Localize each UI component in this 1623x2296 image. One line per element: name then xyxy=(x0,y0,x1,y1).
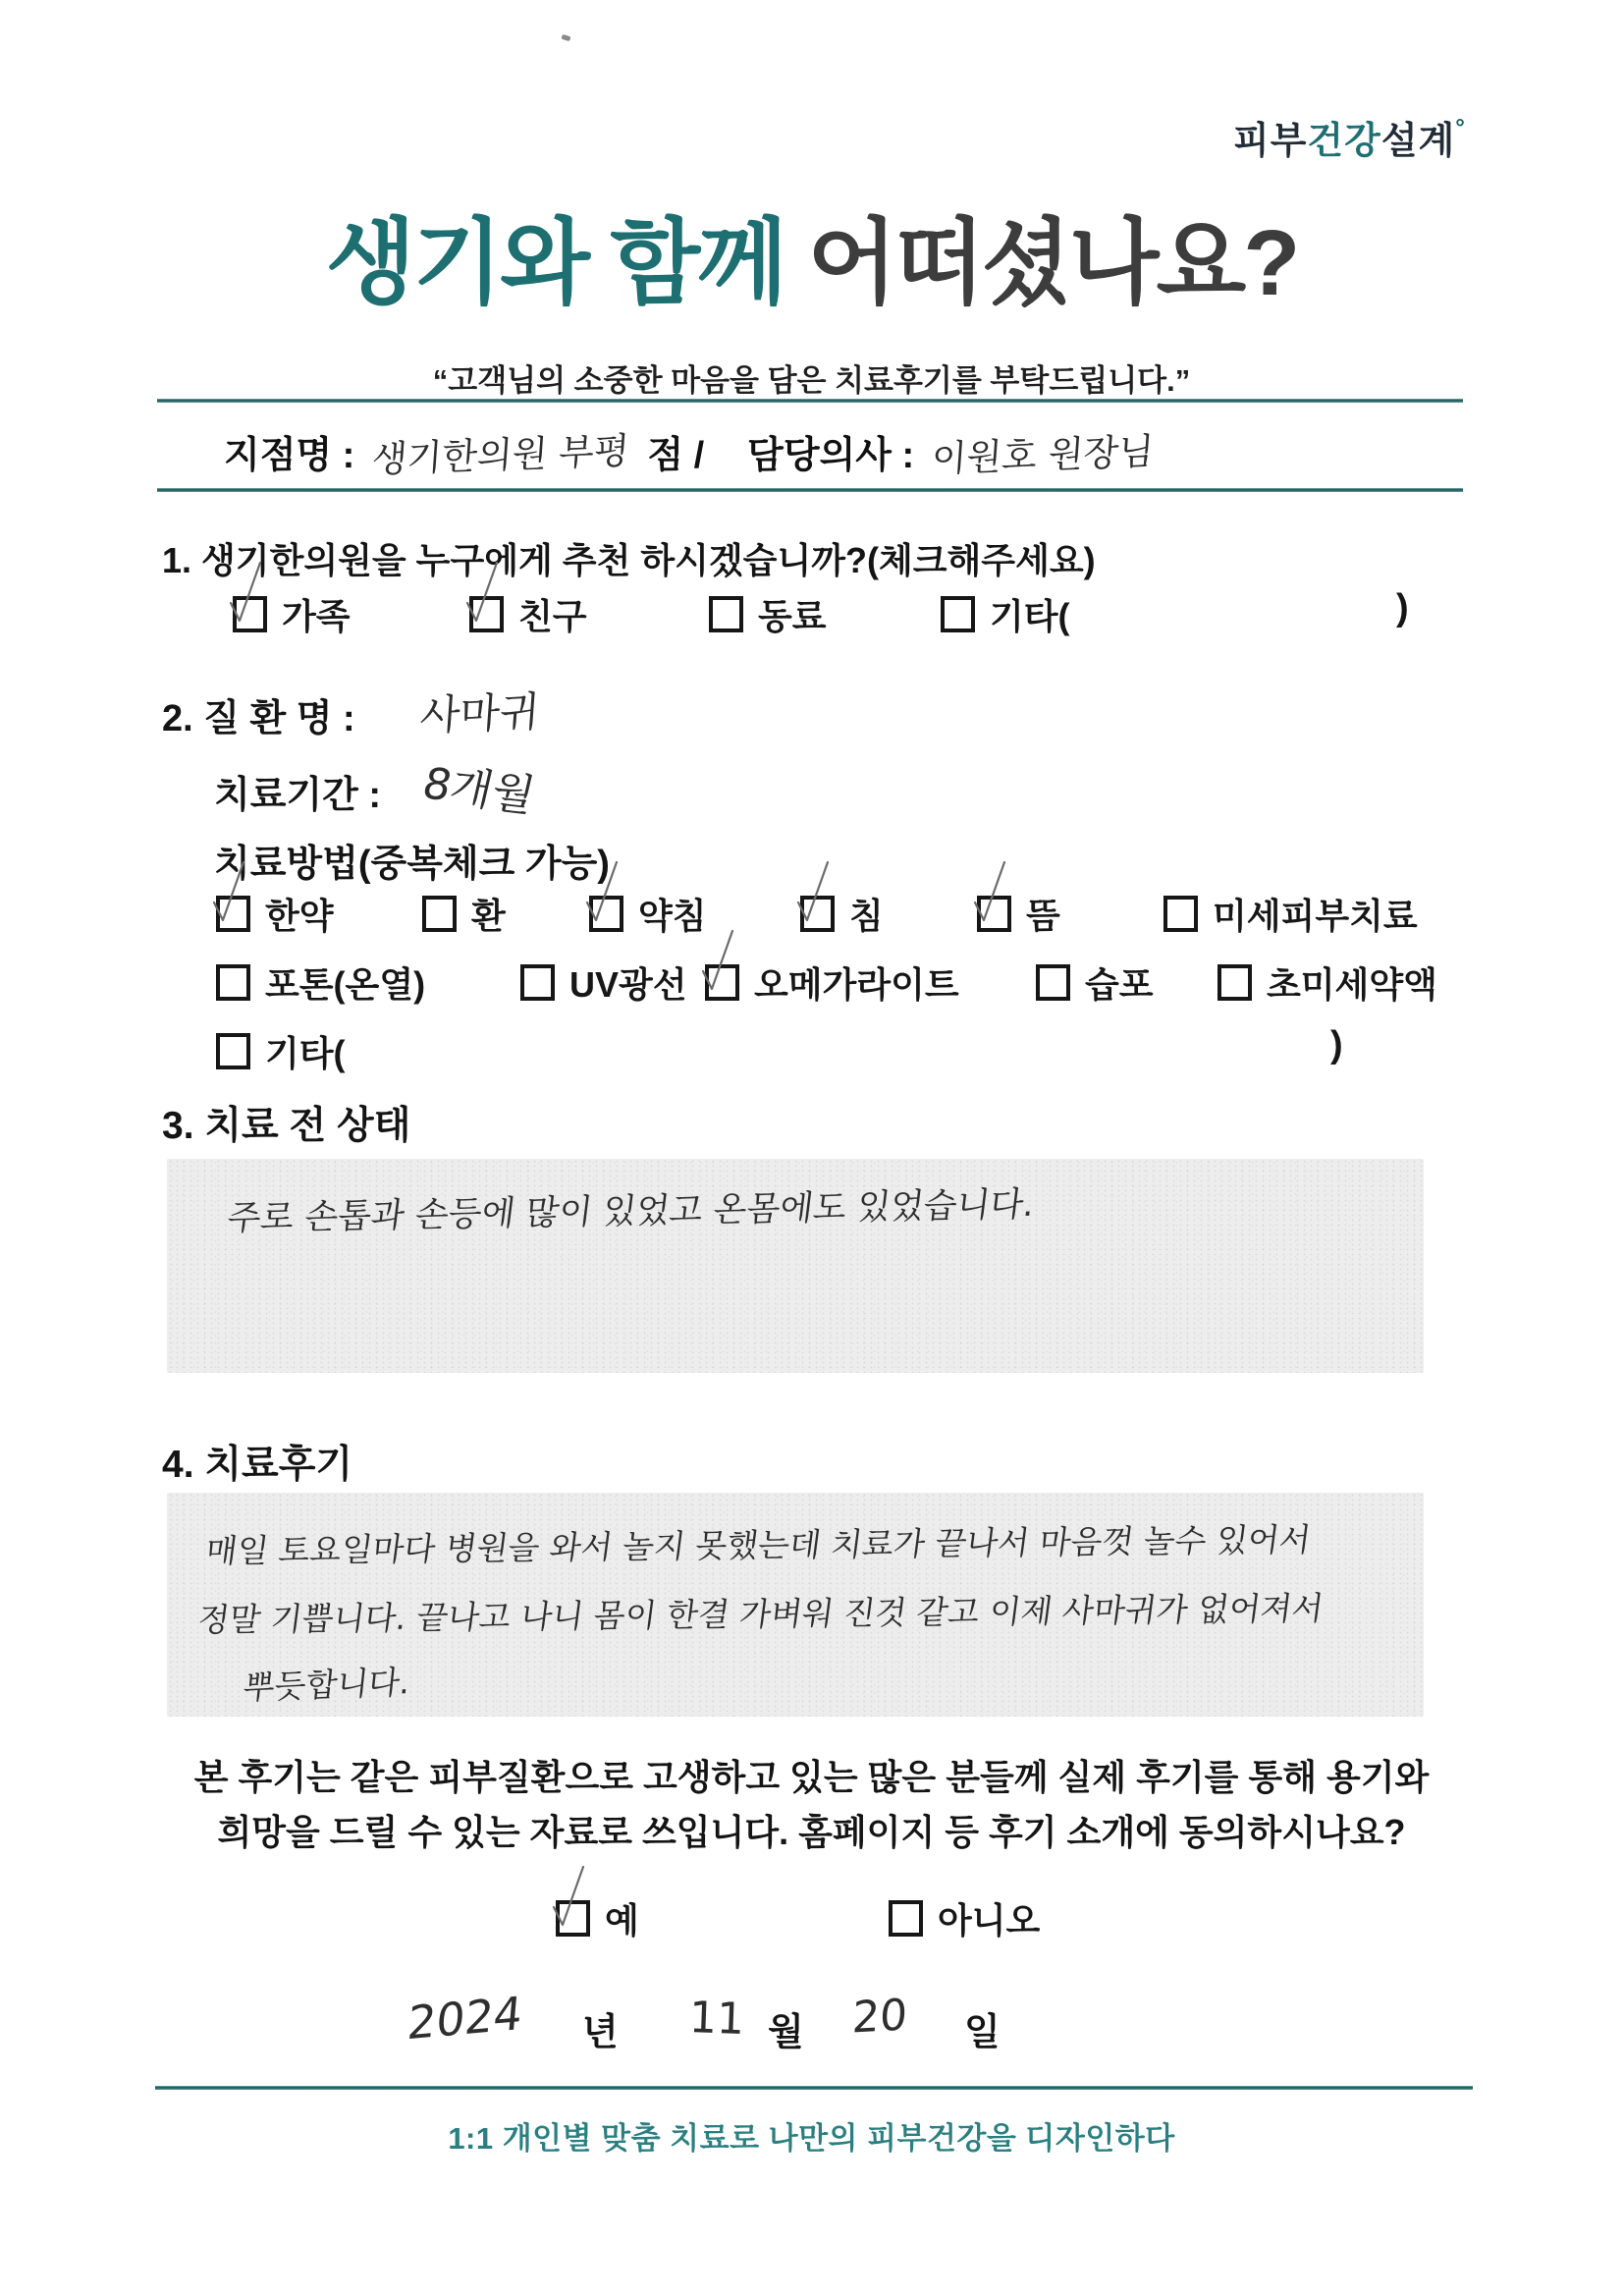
consent-no-label: 아니오 xyxy=(938,1893,1040,1943)
q1-option-label: 기타( xyxy=(990,589,1070,639)
q4-answer-line3-handwritten: 뿌듯합니다. xyxy=(242,1657,413,1709)
method-micro-skin: 미세피부치료 xyxy=(1163,889,1418,939)
divider-branch-bottom xyxy=(157,488,1463,492)
q1-option-family: 가족 xyxy=(233,589,351,639)
checkbox[interactable] xyxy=(216,1033,250,1069)
method-label: UV광선 xyxy=(569,957,687,1008)
q1-option-label: 가족 xyxy=(282,589,351,639)
checkbox[interactable] xyxy=(977,896,1011,932)
method-other: 기타( xyxy=(216,1026,346,1076)
branch-suffix: 점 / xyxy=(647,424,704,478)
brand-logo-suffix: 설계 xyxy=(1381,121,1455,162)
consent-line2: 희망을 드릴 수 있는 자료로 쓰입니다. 홈페이지 등 후기 소개에 동의하시… xyxy=(0,1805,1623,1855)
q2-period-value-handwritten: 8개월 xyxy=(417,748,542,823)
brand-logo-accent: 건강 xyxy=(1307,121,1380,162)
checkbox[interactable] xyxy=(941,596,975,632)
checkbox[interactable] xyxy=(556,1900,590,1937)
footer-tagline: 1:1 개인별 맞춤 치료로 나만의 피부건강을 디자인하다 xyxy=(0,2113,1623,2158)
page-title: 생기와 함께 어떠셨나요? xyxy=(0,189,1623,322)
method-label: 약침 xyxy=(638,889,707,939)
consent-yes-label: 예 xyxy=(605,1893,639,1943)
date-month-handwritten: 11 xyxy=(688,1993,745,2045)
method-photon: 포톤(온열) xyxy=(216,957,425,1008)
method-ultra-fine: 초미세약액 xyxy=(1217,957,1437,1008)
method-label: 포톤(온열) xyxy=(265,957,425,1008)
method-label: 미세피부치료 xyxy=(1213,889,1418,939)
brand-logo: 피부건강설계° xyxy=(1233,110,1466,164)
page-subtitle: “고객님의 소중한 마음을 담은 치료후기를 부탁드립니다.” xyxy=(0,355,1623,400)
checkbox[interactable] xyxy=(1036,964,1070,1001)
checkbox[interactable] xyxy=(709,596,743,632)
method-uv: UV광선 xyxy=(520,957,687,1008)
checkbox[interactable] xyxy=(520,964,555,1001)
q4-answer-line1-handwritten: 매일 토요일마다 병원을 와서 놀지 못했는데 치료가 끝나서 마음껏 놀수 있… xyxy=(203,1514,1314,1572)
q1-option-other: 기타( xyxy=(941,589,1070,639)
method-label: 환 xyxy=(471,889,506,939)
method-pharmacopuncture: 약침 xyxy=(589,889,707,939)
q2-disease-label: 2. 질 환 명 : xyxy=(162,687,355,741)
method-wet-pack: 습포 xyxy=(1036,957,1154,1008)
method-moxibustion: 뜸 xyxy=(977,889,1060,939)
checkmark-icon xyxy=(464,560,500,629)
date-day-handwritten: 20 xyxy=(851,1990,909,2043)
q3-answer-handwritten: 주로 손톱과 손등에 많이 있었고 온몸에도 있었습니다. xyxy=(225,1177,1038,1240)
method-label: 습포 xyxy=(1085,957,1154,1008)
doctor-label: 담당의사 : xyxy=(747,424,914,478)
scan-artifact xyxy=(561,34,570,42)
consent-option-yes: 예 xyxy=(556,1893,639,1943)
q2-period-label: 치료기간 : xyxy=(214,764,381,818)
checkmark-icon xyxy=(551,1864,586,1933)
checkbox[interactable] xyxy=(705,964,739,1001)
q4-answer-box: 매일 토요일마다 병원을 와서 놀지 못했는데 치료가 끝나서 마음껏 놀수 있… xyxy=(167,1493,1424,1717)
checkmark-icon xyxy=(795,859,831,928)
method-pill: 환 xyxy=(422,889,506,939)
page-title-accent: 생기와 함께 xyxy=(326,211,784,315)
q3-title: 3. 치료 전 상태 xyxy=(162,1095,410,1150)
checkbox[interactable] xyxy=(216,964,250,1001)
branch-name-handwritten: 생기한의원 부평 xyxy=(371,420,632,482)
consent-line1: 본 후기는 같은 피부질환으로 고생하고 있는 많은 분들께 실제 후기를 통해… xyxy=(0,1750,1623,1800)
checkbox[interactable] xyxy=(800,896,835,932)
page-title-rest: 어떠셨나요? xyxy=(784,211,1297,315)
divider-top xyxy=(157,399,1463,403)
date-year-unit: 년 xyxy=(582,2001,619,2055)
checkmark-icon xyxy=(211,859,246,928)
checkbox[interactable] xyxy=(1217,964,1252,1001)
q2-methods-label: 치료방법(중복체크 가능) xyxy=(214,833,610,887)
q4-title: 4. 치료후기 xyxy=(162,1434,352,1489)
branch-row: 지점명 : 생기한의원 부평 점 / 담당의사 : 이원호 원장님 xyxy=(224,424,1154,478)
checkmark-icon xyxy=(228,560,263,629)
date-year-handwritten: 2024 xyxy=(406,1987,524,2050)
q3-answer-box: 주로 손톱과 손등에 많이 있었고 온몸에도 있었습니다. xyxy=(167,1159,1424,1373)
checkbox[interactable] xyxy=(1163,896,1198,932)
q1-option-label: 친구 xyxy=(518,589,587,639)
q4-answer-line2-handwritten: 정말 기쁩니다. 끝나고 나니 몸이 한결 가벼워 진것 같고 이제 사마귀가 … xyxy=(195,1583,1326,1641)
method-label: 기타( xyxy=(265,1026,346,1076)
method-label: 오메가라이트 xyxy=(754,957,959,1008)
date-day-unit: 일 xyxy=(964,2001,1001,2055)
q1-paren-close: ) xyxy=(1396,587,1409,629)
branch-label: 지점명 : xyxy=(224,424,354,478)
checkbox[interactable] xyxy=(469,596,504,632)
q1-option-colleague: 동료 xyxy=(709,589,827,639)
q2-disease-value-handwritten: 사마귀 xyxy=(418,680,542,742)
q1-option-label: 동료 xyxy=(758,589,827,639)
method-herbal: 한약 xyxy=(216,889,334,939)
doctor-name-handwritten: 이원호 원장님 xyxy=(930,421,1156,482)
q1-title: 1. 생기한의원을 누구에게 추천 하시겠습니까?(체크해주세요) xyxy=(162,533,1096,583)
divider-bottom xyxy=(155,2086,1473,2090)
method-label: 초미세약액 xyxy=(1267,957,1437,1008)
method-label: 한약 xyxy=(265,889,334,939)
review-form-page: 피부건강설계° 생기와 함께 어떠셨나요? “고객님의 소중한 마음을 담은 치… xyxy=(0,0,1623,2296)
checkmark-icon xyxy=(972,859,1007,928)
consent-option-no: 아니오 xyxy=(889,1893,1040,1943)
checkbox[interactable] xyxy=(422,896,457,932)
method-label: 침 xyxy=(849,889,884,939)
method-omega-light: 오메가라이트 xyxy=(705,957,959,1008)
checkbox[interactable] xyxy=(216,896,250,932)
brand-logo-prefix: 피부 xyxy=(1233,121,1307,162)
q2-paren-close: ) xyxy=(1330,1024,1343,1066)
degree-mark-icon: ° xyxy=(1455,115,1466,141)
method-label: 뜸 xyxy=(1026,889,1060,939)
checkmark-icon xyxy=(700,928,735,997)
checkbox[interactable] xyxy=(233,596,267,632)
checkbox[interactable] xyxy=(589,896,623,932)
checkmark-icon xyxy=(584,859,620,928)
date-month-unit: 월 xyxy=(768,2001,804,2055)
q1-option-friend: 친구 xyxy=(469,589,587,639)
checkbox[interactable] xyxy=(889,1900,923,1937)
method-acupuncture: 침 xyxy=(800,889,884,939)
